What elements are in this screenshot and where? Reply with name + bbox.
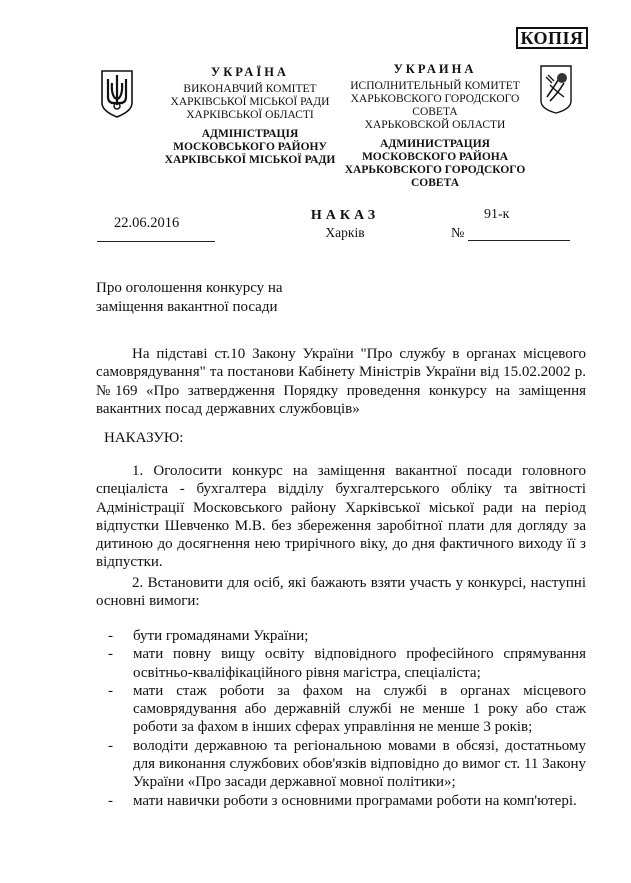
number-sign: № [451,226,464,242]
committee-line: ВИКОНАВЧИЙ КОМІТЕТ [150,83,350,96]
item-2-paragraph: 2. Встановити для осіб, які бажають взят… [96,574,586,611]
order-subject: Про оголошення конкурсу на заміщення вак… [96,279,283,317]
header-ukrainian: УКРАЇНА ВИКОНАВЧИЙ КОМІТЕТ ХАРКІВСЬКОЇ М… [150,66,350,167]
order-date: 22.06.2016 [114,215,179,232]
admin-line: ХАРЬКОВСКОГО ГОРОДСКОГО СОВЕТА [335,164,535,190]
committee-line: ХАРКІВСЬКОЇ МІСЬКОЇ РАДИ [150,96,350,109]
header-russian: УКРАИНА ИСПОЛНИТЕЛЬНЫЙ КОМИТЕТ ХАРЬКОВСК… [335,63,535,190]
order-city: Харків [290,225,400,241]
list-item: -бути громадянами України; [96,627,586,645]
admin-line: АДМІНІСТРАЦІЯ [150,128,350,141]
date-underline [97,241,215,242]
admin-line: АДМИНИСТРАЦИЯ [335,138,535,151]
list-item: -мати навички роботи з основними програм… [96,792,586,810]
admin-line: ХАРКІВСЬКОЇ МІСЬКОЇ РАДИ [150,154,350,167]
requirements-list: -бути громадянами України; -мати повну в… [96,627,586,810]
admin-line: МОСКОВСЬКОГО РАЙОНУ [150,141,350,154]
committee-line: ИСПОЛНИТЕЛЬНЫЙ КОМИТЕТ [335,80,535,93]
copy-stamp: КОПІЯ [516,27,588,49]
preamble-text: На підставі ст.10 Закону України "Про сл… [96,346,586,417]
item-1-paragraph: 1. Оголосити конкурс на заміщення вакант… [96,462,586,572]
kharkiv-coat-of-arms-icon [538,63,574,115]
list-item: -володіти державною та регіональною мова… [96,737,586,792]
order-word: НАКАЗУЮ: [104,430,183,447]
number-underline [468,240,570,241]
list-item: -мати стаж роботи за фахом на службі в о… [96,682,586,737]
item-2-text: 2. Встановити для осіб, які бажають взят… [96,575,586,609]
subject-line: Про оголошення конкурсу на [96,279,283,298]
committee-line: ХАРКІВСЬКОЇ ОБЛАСТІ [150,109,350,122]
list-item: -мати повну вищу освіту відповідного про… [96,645,586,682]
preamble-paragraph: На підставі ст.10 Закону України "Про сл… [96,345,586,418]
order-heading: НАКАЗ Харків [290,208,400,241]
item-1-text: 1. Оголосити конкурс на заміщення вакант… [96,463,586,570]
trident-coat-of-arms-icon [100,69,134,119]
order-title: НАКАЗ [290,208,400,224]
subject-line: заміщення вакантної посади [96,298,283,317]
order-number: 91-к [484,207,509,223]
admin-line: МОСКОВСКОГО РАЙОНА [335,151,535,164]
country-name: УКРАЇНА [150,66,350,79]
committee-line: ХАРЬКОВСКОГО ГОРОДСКОГО СОВЕТА [335,93,535,119]
committee-line: ХАРЬКОВСКОЙ ОБЛАСТИ [335,119,535,132]
country-name: УКРАИНА [335,63,535,76]
